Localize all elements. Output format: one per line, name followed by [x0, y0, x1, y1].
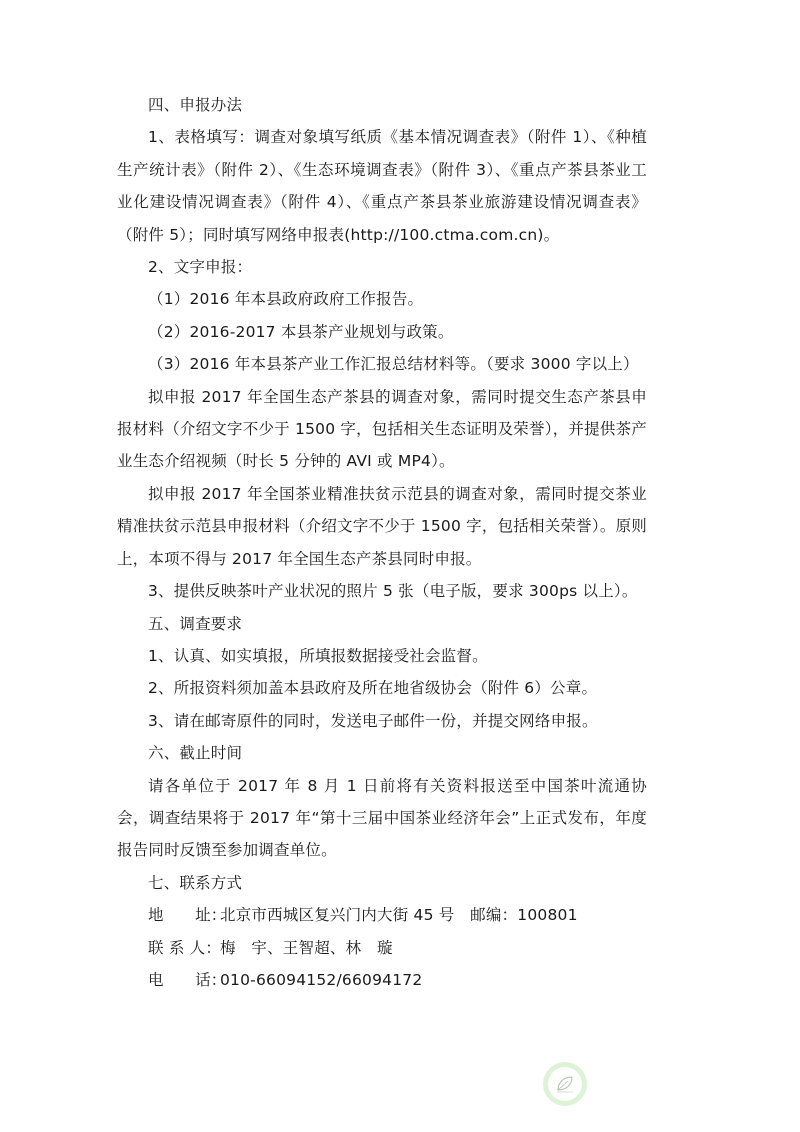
contact-value: 梅 宇、王智超、林 璇 [220, 932, 393, 964]
contact-value: 010-66094152/66094172 [220, 964, 422, 996]
contact-person: 联 系 人： 梅 宇、王智超、林 璇 [117, 932, 647, 964]
section-heading-5: 五、调查要求 [117, 608, 647, 640]
paragraph: 2、所报资料须加盖本县政府及所在地省级协会（附件 6）公章。 [117, 672, 647, 704]
contact-phone: 电 话： 010-66094152/66094172 [117, 964, 647, 996]
section-heading-7: 七、联系方式 [117, 867, 647, 899]
paragraph: （1）2016 年本县政府政府工作报告。 [117, 283, 647, 315]
paragraph: 1、表格填写：调查对象填写纸质《基本情况调查表》（附件 1）、《种植生产统计表》… [117, 121, 647, 251]
paragraph: 拟申报 2017 年全国生态产茶县的调查对象，需同时提交生态产茶县申报材料（介绍… [117, 381, 647, 478]
contact-label: 地 址： [148, 899, 220, 931]
section-heading-6: 六、截止时间 [117, 737, 647, 769]
contact-label: 电 话： [148, 964, 220, 996]
paragraph: （3）2016 年本县茶产业工作汇报总结材料等。（要求 3000 字以上） [117, 348, 647, 380]
contact-label: 联 系 人： [148, 932, 220, 964]
contact-address: 地 址： 北京市西城区复兴门内大街 45 号 邮编：100801 [117, 899, 647, 931]
paragraph: 1、认真、如实填报，所填报数据接受社会监督。 [117, 640, 647, 672]
paragraph: 2、文字申报： [117, 251, 647, 283]
paragraph: 请各单位于 2017 年 8 月 1 日前将有关资料报送至中国茶叶流通协会，调查… [117, 770, 647, 867]
tea-leaf-circle-icon [543, 1062, 587, 1106]
paragraph: 拟申报 2017 年全国茶业精准扶贫示范县的调查对象，需同时提交茶业精准扶贫示范… [117, 478, 647, 575]
contact-value: 北京市西城区复兴门内大街 45 号 邮编：100801 [220, 899, 578, 931]
document-page: 四、申报办法 1、表格填写：调查对象填写纸质《基本情况调查表》（附件 1）、《种… [117, 89, 647, 996]
paragraph: 3、请在邮寄原件的同时，发送电子邮件一份，并提交网络申报。 [117, 705, 647, 737]
paragraph: 3、提供反映茶叶产业状况的照片 5 张（电子版，要求 300ps 以上）。 [117, 575, 647, 607]
paragraph: （2）2016-2017 本县茶产业规划与政策。 [117, 316, 647, 348]
section-heading-4: 四、申报办法 [117, 89, 647, 121]
